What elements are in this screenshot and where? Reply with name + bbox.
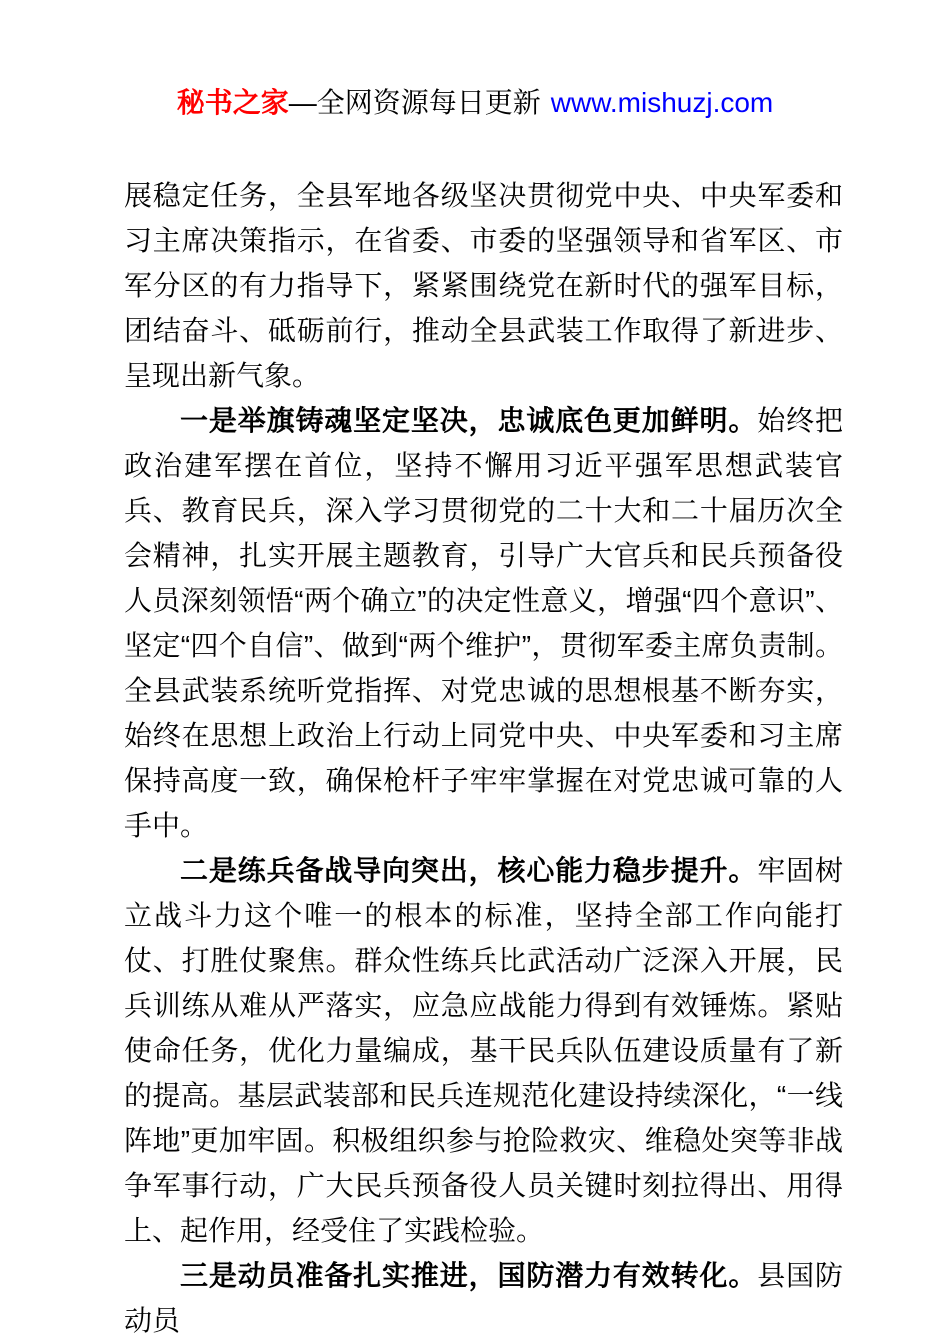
site-url-link[interactable]: www.mishuzj.com: [551, 87, 773, 118]
paragraph-point-one: 一是举旗铸魂坚定坚决，忠诚底色更加鲜明。始终把政治建军摆在首位，坚持不懈用习近平…: [124, 398, 843, 848]
site-name: 秘书之家: [177, 87, 289, 118]
paragraph-continuation: 展稳定任务，全县军地各级坚决贯彻党中央、中央军委和习主席决策指示，在省委、市委的…: [124, 173, 843, 398]
paragraph-text: 牢固树立战斗力这个唯一的根本的标准，坚持全部工作向能打仗、打胜仗聚焦。群众性练兵…: [124, 855, 843, 1246]
paragraph-lead: 三是动员准备扎实推进，国防潜力有效转化。: [180, 1260, 757, 1291]
site-tagline: —全网资源每日更新: [289, 87, 541, 118]
paragraph-point-three: 三是动员准备扎实推进，国防潜力有效转化。县国防动员: [124, 1253, 843, 1343]
site-header: 秘书之家—全网资源每日更新www.mishuzj.com: [0, 86, 950, 120]
document-body: 展稳定任务，全县军地各级坚决贯彻党中央、中央军委和习主席决策指示，在省委、市委的…: [124, 173, 843, 1343]
paragraph-point-two: 二是练兵备战导向突出，核心能力稳步提升。牢固树立战斗力这个唯一的根本的标准，坚持…: [124, 848, 843, 1253]
paragraph-lead: 二是练兵备战导向突出，核心能力稳步提升。: [180, 855, 757, 886]
paragraph-text: 展稳定任务，全县军地各级坚决贯彻党中央、中央军委和习主席决策指示，在省委、市委的…: [124, 180, 843, 391]
paragraph-text: 始终把政治建军摆在首位，坚持不懈用习近平强军思想武装官兵、教育民兵，深入学习贯彻…: [124, 405, 843, 841]
paragraph-lead: 一是举旗铸魂坚定坚决，忠诚底色更加鲜明。: [180, 405, 757, 436]
document-page: 秘书之家—全网资源每日更新www.mishuzj.com 展稳定任务，全县军地各…: [0, 0, 950, 1344]
